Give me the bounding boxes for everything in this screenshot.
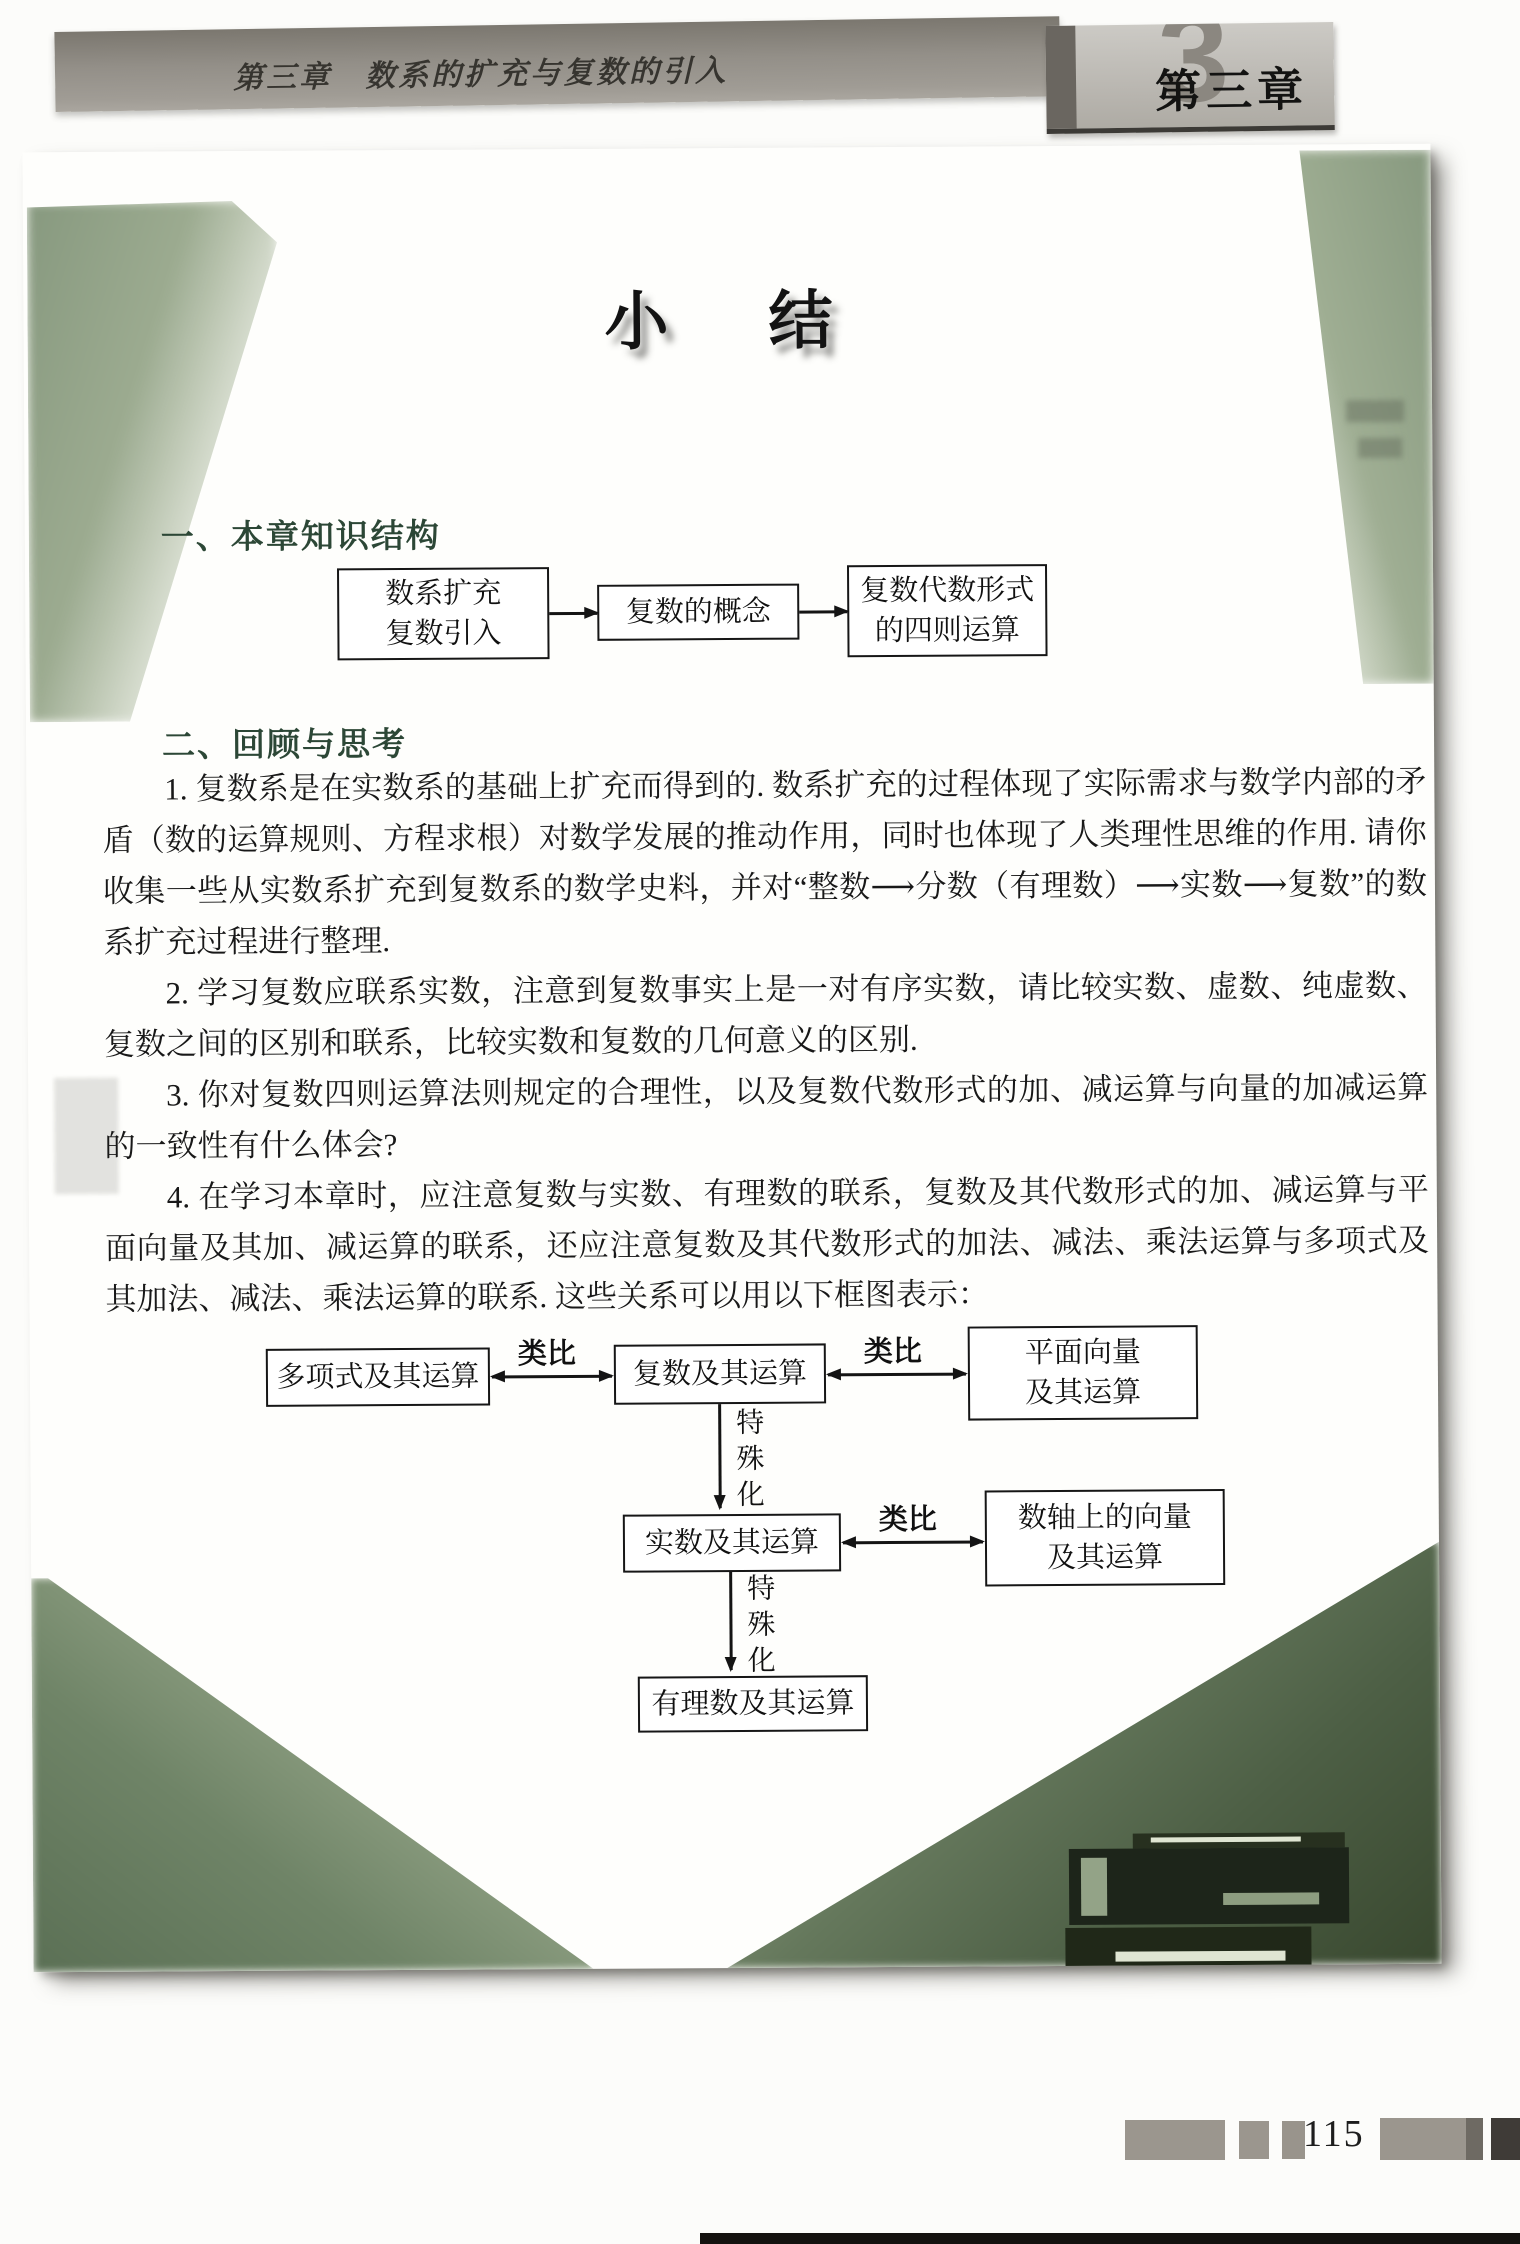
footer-ornament-block [1282,2121,1305,2159]
specialization-label: 特殊化 [745,1572,778,1680]
scan-artifact-block [1065,1926,1311,1972]
section-heading-review: 二、回顾与思考 [162,718,407,766]
down-arrow-icon [718,1404,722,1508]
double-arrow-icon [843,1540,983,1544]
diagram-box-number-system-extension: 数系扩充 复数引入 [337,567,550,660]
diagram-box-axis-vector: 数轴上的向量 及其运算 [985,1489,1226,1586]
diagram-box-real-ops: 实数及其运算 [623,1513,841,1572]
footer-ornament-block [1380,2118,1466,2160]
double-arrow-icon [492,1375,612,1379]
diagram-box-rational-ops: 有理数及其运算 [638,1675,868,1732]
page-number: 115 [1303,2112,1365,2156]
footer-ornament-block [1491,2118,1520,2160]
review-paragraphs: 1. 复数系是在实数系的基础上扩充而得到的. 数系扩充的过程体现了实际需求与数学… [102,756,1429,1325]
right-arrow-icon [799,610,847,613]
analogy-label: 类比 [879,1497,937,1538]
page-title: 小 结 [23,266,1432,367]
diagram-box-four-operations: 复数代数形式 的四则运算 [847,564,1048,657]
scan-artifact-block [1069,1847,1349,1925]
bleed-through-smudge [1358,438,1402,458]
analogy-label: 类比 [864,1329,922,1370]
knowledge-structure-diagram: 数系扩充 复数引入 复数的概念 复数代数形式 的四则运算 [337,562,1050,662]
footer-ornament-block [1239,2121,1269,2159]
chapter-tab-edge-strip [1045,26,1076,129]
diagram-box-polynomial: 多项式及其运算 [266,1347,490,1406]
paragraph-4: 4. 在学习本章时，应注意复数与实数、有理数的联系，复数及其代数形式的加、减运算… [105,1164,1430,1325]
scan-artifact-highlight [1115,1951,1285,1962]
book-page: 小 结 一、本章知识结构 数系扩充 复数引入 复数的概念 复数代数形式 的四则运… [22,144,1441,1973]
paragraph-3: 3. 你对复数四则运算法则规定的合理性，以及复数代数形式的加、减运算与向量的加减… [104,1062,1429,1172]
analogy-label: 类比 [518,1331,576,1372]
specialization-label: 特殊化 [734,1406,767,1514]
footer-ornament-block [1466,2118,1483,2160]
page-corner-green-bottom-left [31,1575,593,1972]
section-heading-knowledge-structure: 一、本章知识结构 [161,510,441,559]
diagram-box-complex-concept: 复数的概念 [597,584,799,641]
footer-ornament-block [1125,2120,1225,2160]
paragraph-2: 2. 学习复数应联系实数，注意到复数事实上是一对有序实数，请比较实数、虚数、纯虚… [103,960,1428,1070]
scan-edge-strip [700,2233,1520,2244]
bleed-through-smudge [1346,400,1404,422]
double-arrow-icon [828,1373,966,1377]
right-arrow-icon [549,611,597,614]
paragraph-1: 1. 复数系是在实数系的基础上扩充而得到的. 数系扩充的过程体现了实际需求与数学… [102,756,1427,968]
down-arrow-icon [729,1572,733,1670]
chapter-tab: 3 第三章 [1045,22,1334,134]
scan-artifact-highlight [1223,1892,1319,1905]
diagram-box-plane-vector: 平面向量 及其运算 [968,1325,1199,1420]
chapter-header-bar: 第三章 数系的扩充与复数的引入 [54,16,1060,112]
chapter-tab-label: 第三章 [1155,53,1309,121]
scan-artifact-highlight [1151,1837,1301,1843]
chapter-header-title: 第三章 数系的扩充与复数的引入 [233,45,729,97]
diagram-box-complex-ops: 复数及其运算 [614,1343,826,1404]
scan-artifact-highlight [1081,1858,1107,1916]
